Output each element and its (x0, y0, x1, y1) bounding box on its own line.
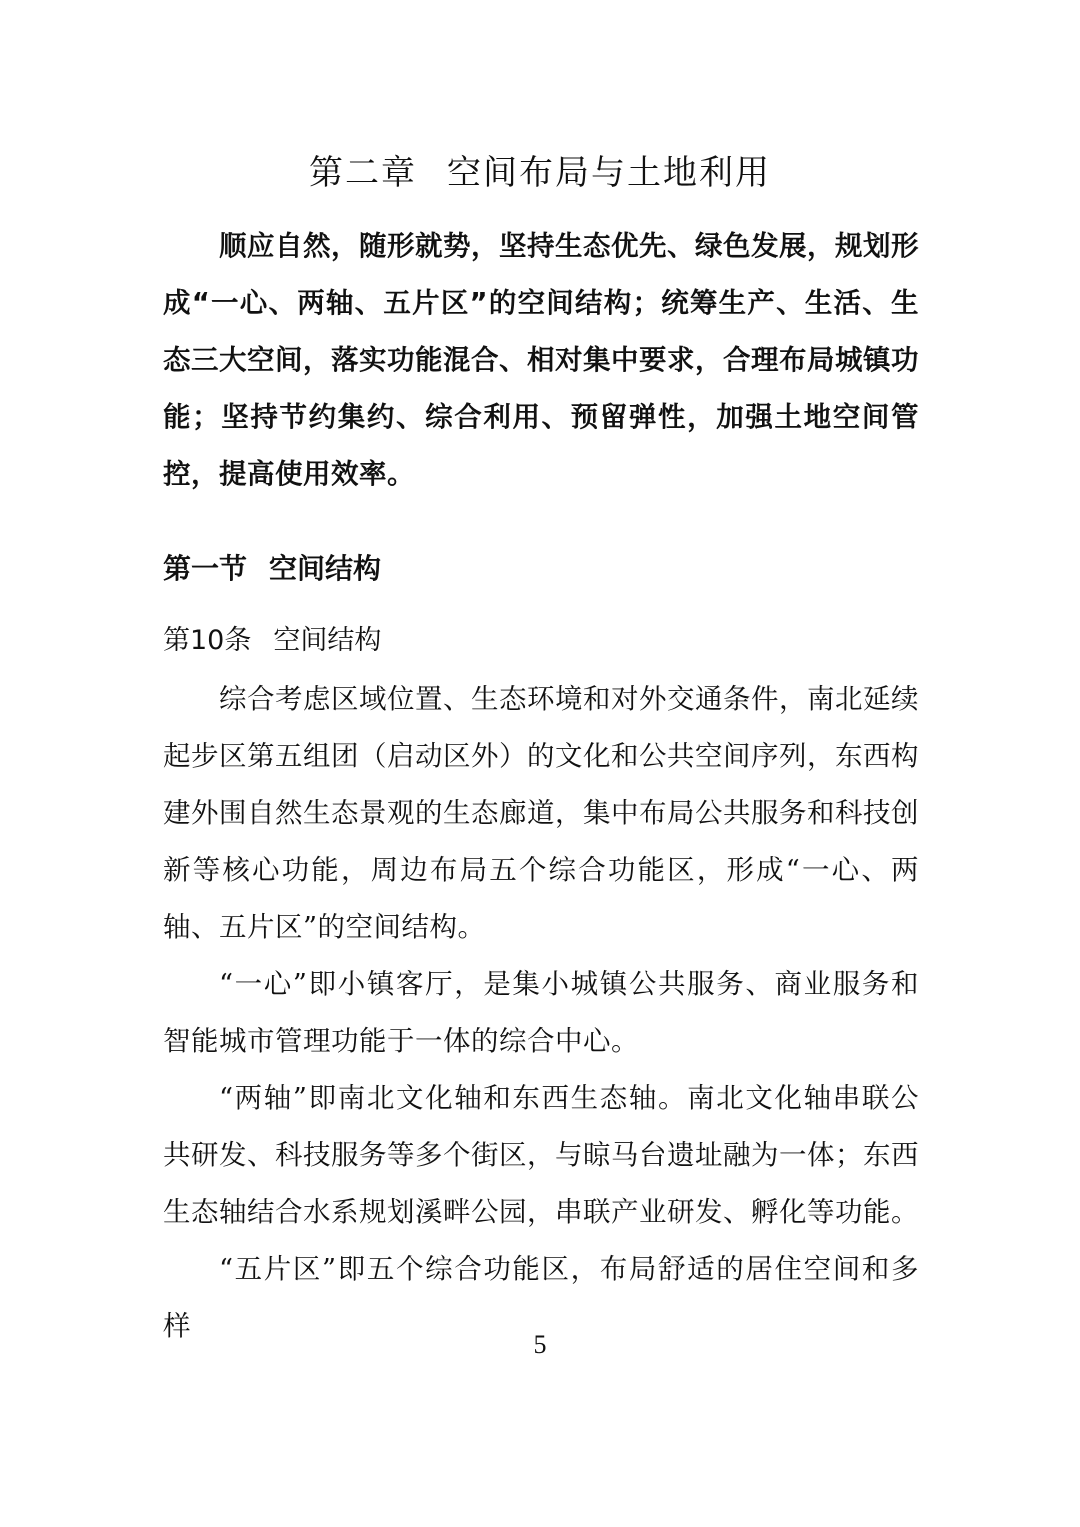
page-number: 5 (0, 1330, 1080, 1360)
chapter-name: 空间布局与土地利用 (447, 153, 771, 193)
article-title: 空间结构 (273, 625, 381, 656)
document-page: 第二章空间布局与土地利用 顺应自然，随形就势，坚持生态优先、绿色发展，规划形成“… (0, 0, 1080, 1527)
article-body: 综合考虑区域位置、生态环境和对外交通条件，南北延续起步区第五组团（启动区外）的文… (163, 671, 919, 1355)
article-number: 第10条 (163, 625, 251, 656)
section-title: 空间结构 (269, 552, 381, 585)
section-number: 第一节 (163, 552, 247, 585)
intro-paragraph: 顺应自然，随形就势，坚持生态优先、绿色发展，规划形成“一心、两轴、五片区”的空间… (163, 218, 919, 503)
section-heading: 第一节空间结构 (163, 544, 381, 594)
article-heading: 第10条空间结构 (163, 616, 381, 666)
body-paragraph: “两轴”即南北文化轴和东西生态轴。南北文化轴串联公共研发、科技服务等多个街区，与… (163, 1070, 919, 1241)
chapter-number: 第二章 (309, 153, 417, 193)
body-paragraph: “一心”即小镇客厅，是集小城镇公共服务、商业服务和智能城市管理功能于一体的综合中… (163, 956, 919, 1070)
chapter-title: 第二章空间布局与土地利用 (0, 148, 1080, 198)
body-paragraph: 综合考虑区域位置、生态环境和对外交通条件，南北延续起步区第五组团（启动区外）的文… (163, 671, 919, 956)
